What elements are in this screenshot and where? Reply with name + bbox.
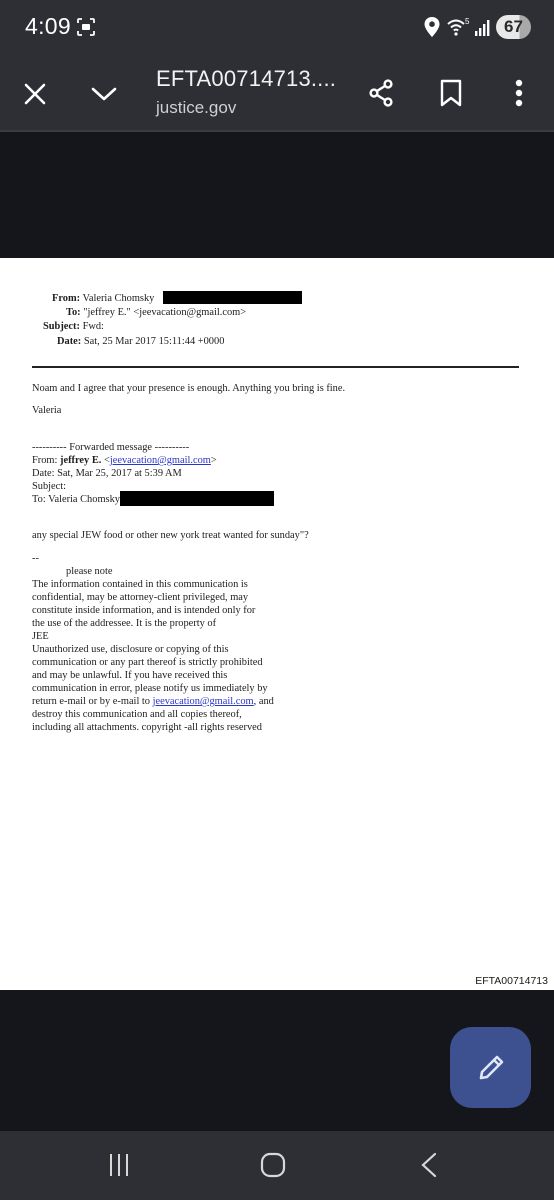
please-note: please note (32, 565, 112, 578)
pencil-icon (476, 1053, 506, 1083)
document-domain: justice.gov (156, 98, 236, 118)
back-button[interactable] (409, 1149, 449, 1181)
disclaimer-line: confidential, may be attorney-client pri… (32, 591, 248, 604)
share-button[interactable] (362, 74, 400, 112)
wifi-icon: 5 (447, 17, 471, 37)
back-icon (420, 1152, 438, 1178)
disclaimer-text: , and (254, 696, 274, 707)
home-icon (260, 1152, 286, 1178)
lt: < (101, 455, 109, 466)
disclaimer-email-line: return e-mail or by e-mail to jeevacatio… (32, 695, 274, 708)
date-value: Sat, 25 Mar 2017 15:11:44 +0000 (84, 336, 225, 347)
body-text: Noam and I agree that your presence is e… (32, 382, 345, 395)
forwarded-divider: ---------- Forwarded message ---------- (32, 441, 189, 454)
location-icon (424, 17, 440, 37)
system-nav-bar (0, 1131, 554, 1200)
document-title: EFTA00714713.... (156, 66, 336, 92)
disclaimer-line: JEE (32, 630, 49, 643)
signature-dash: -- (32, 552, 39, 565)
disclaimer-line: constitute inside information, and is in… (32, 604, 255, 617)
status-time: 4:09 (25, 13, 71, 40)
to-label: To: (66, 307, 81, 318)
svg-text:5: 5 (465, 17, 470, 26)
screenshot-icon (77, 18, 95, 36)
battery-icon: 67 (496, 15, 531, 39)
gt: > (211, 455, 217, 466)
bookmark-button[interactable] (432, 74, 470, 112)
header-date: Date: Sat, 25 Mar 2017 15:11:44 +0000 (57, 336, 224, 347)
close-button[interactable] (17, 76, 53, 112)
disclaimer-line: communication or any part thereof is str… (32, 656, 263, 669)
chevron-down-icon (91, 86, 117, 102)
header-to: To: "jeffrey E." <jeevacation@gmail.com> (66, 307, 246, 318)
forwarded-from: From: jeffrey E. <jeevacation@gmail.com> (32, 454, 217, 467)
disclaimer-line: Unauthorized use, disclosure or copying … (32, 643, 229, 656)
signal-icon (474, 19, 492, 36)
home-button[interactable] (253, 1149, 293, 1181)
forwarded-date: Date: Sat, Mar 25, 2017 at 5:39 AM (32, 467, 182, 480)
date-label: Date: (57, 336, 81, 347)
edit-fab-button[interactable] (450, 1027, 531, 1108)
close-icon (24, 83, 46, 105)
recents-icon (107, 1153, 131, 1177)
more-options-button[interactable] (502, 74, 536, 112)
from-label: From: (52, 293, 80, 304)
from-value: Valeria Chomsky (83, 293, 155, 304)
bookmark-icon (440, 79, 462, 107)
forwarded-from-name: jeffrey E. (60, 455, 101, 466)
collapse-button[interactable] (86, 76, 122, 112)
subject-value: Fwd: (83, 321, 104, 332)
document-viewer[interactable]: From: Valeria Chomsky To: "jeffrey E." <… (0, 134, 554, 1130)
subject-label: Subject: (43, 321, 80, 332)
header-from: From: Valeria Chomsky (52, 293, 154, 304)
disclaimer-line: The information contained in this commun… (32, 578, 248, 591)
recents-button[interactable] (99, 1149, 139, 1181)
header-subject: Subject: Fwd: (43, 321, 104, 332)
disclaimer-line: and may be unlawful. If you have receive… (32, 669, 227, 682)
disclaimer-line: destroy this communication and all copie… (32, 708, 242, 721)
disclaimer-text: return e-mail or by e-mail to (32, 696, 153, 707)
disclaimer-line: communication in error, please notify us… (32, 682, 268, 695)
disclaimer-line: the use of the addressee. It is the prop… (32, 617, 216, 630)
forwarded-from-email-link[interactable]: jeevacation@gmail.com (110, 455, 211, 466)
bates-number: EFTA00714713 (475, 975, 548, 987)
more-vert-icon (515, 79, 523, 107)
forwarded-from-prefix: From: (32, 455, 60, 466)
status-bar: 4:09 5 67 (0, 0, 554, 56)
disclaimer-line: including all attachments. copyright -al… (32, 721, 262, 734)
redaction-block (163, 291, 302, 304)
disclaimer-email-link[interactable]: jeevacation@gmail.com (153, 696, 254, 707)
app-toolbar: EFTA00714713.... justice.gov (0, 56, 554, 132)
document-page: From: Valeria Chomsky To: "jeffrey E." <… (0, 258, 554, 990)
forwarded-subject: Subject: (32, 480, 66, 493)
forwarded-to: To: Valeria Chomsky (32, 493, 120, 506)
redaction-block (120, 491, 274, 506)
header-separator (32, 366, 519, 368)
to-value: "jeffrey E." <jeevacation@gmail.com> (83, 307, 246, 318)
signature: Valeria (32, 404, 61, 417)
question-text: any special JEW food or other new york t… (32, 529, 309, 542)
share-icon (367, 79, 395, 107)
